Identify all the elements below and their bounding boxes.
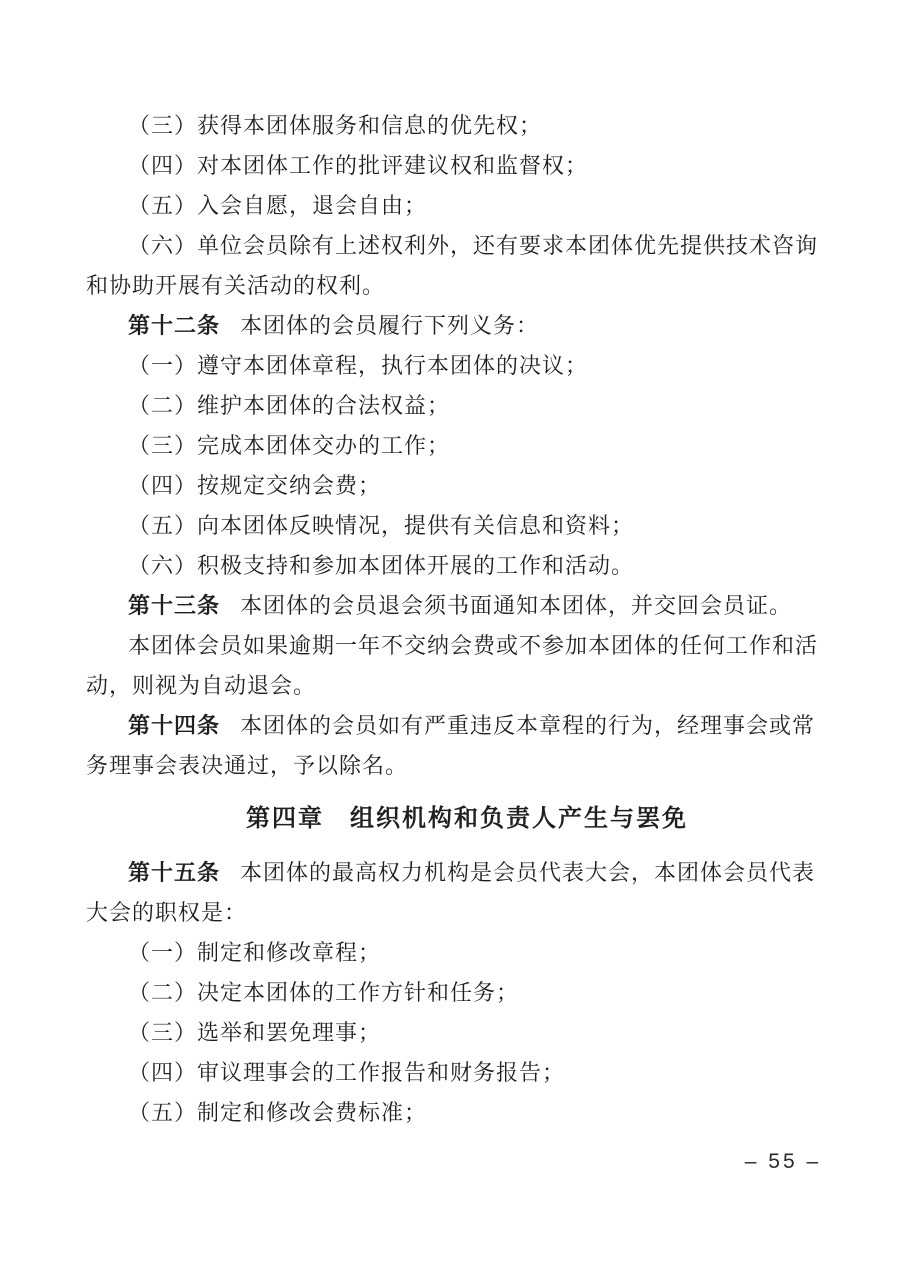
paragraph-line: 和协助开展有关活动的权利。 <box>86 266 848 306</box>
clause-item: （一）制定和修改章程； <box>86 933 848 973</box>
paragraph-text: 大会的职权是： <box>86 900 247 925</box>
clause-text: （五）制定和修改会费标准； <box>128 1100 427 1125</box>
clause-item: （五）制定和修改会费标准； <box>86 1093 848 1133</box>
document-body: （三）获得本团体服务和信息的优先权； （四）对本团体工作的批评建议权和监督权； … <box>86 106 848 1133</box>
paragraph-text: 动，则视为自动退会。 <box>86 673 316 698</box>
article-number: 第十二条 <box>128 313 220 338</box>
paragraph-text: 务理事会表决通过，予以除名。 <box>86 753 408 778</box>
article-number: 第十三条 <box>128 593 220 618</box>
article-text: 本团体的会员退会须书面通知本团体，并交回会员证。 <box>240 593 792 618</box>
article-number: 第十五条 <box>128 860 220 885</box>
clause-item: （一）遵守本团体章程，执行本团体的决议； <box>86 346 848 386</box>
clause-item: （五）入会自愿，退会自由； <box>86 186 848 226</box>
clause-item: （三）完成本团体交办的工作； <box>86 426 848 466</box>
clause-text: （四）审议理事会的工作报告和财务报告； <box>128 1060 565 1085</box>
article-text: 本团体的会员履行下列义务： <box>240 313 539 338</box>
clause-text: （四）对本团体工作的批评建议权和监督权； <box>128 153 588 178</box>
clause-text: （一）遵守本团体章程，执行本团体的决议； <box>128 353 588 378</box>
article-text: 本团体的最高权力机构是会员代表大会，本团体会员代表 <box>240 860 815 885</box>
clause-item: （五）向本团体反映情况，提供有关信息和资料； <box>86 506 848 546</box>
clause-text: （六）单位会员除有上述权利外，还有要求本团体优先提供技术咨询 <box>128 233 818 258</box>
clause-text: （五）入会自愿，退会自由； <box>128 193 427 218</box>
clause-item: （四）对本团体工作的批评建议权和监督权； <box>86 146 848 186</box>
clause-item: （四）按规定交纳会费； <box>86 466 848 506</box>
article-paragraph: 第十二条本团体的会员履行下列义务： <box>86 306 848 346</box>
paragraph-text: 和协助开展有关活动的权利。 <box>86 273 385 298</box>
clause-item: （二）决定本团体的工作方针和任务； <box>86 973 848 1013</box>
page-number: – 55 – <box>738 1150 828 1174</box>
clause-text: （三）完成本团体交办的工作； <box>128 433 450 458</box>
clause-item: （四）审议理事会的工作报告和财务报告； <box>86 1053 848 1093</box>
document-page: （三）获得本团体服务和信息的优先权； （四）对本团体工作的批评建议权和监督权； … <box>0 0 900 1273</box>
clause-item: （二）维护本团体的合法权益； <box>86 386 848 426</box>
clause-text: （一）制定和修改章程； <box>128 940 381 965</box>
paragraph-line: 动，则视为自动退会。 <box>86 666 848 706</box>
article-paragraph: 第十三条本团体的会员退会须书面通知本团体，并交回会员证。 <box>86 586 848 626</box>
article-paragraph: 第十四条本团体的会员如有严重违反本章程的行为，经理事会或常 <box>86 706 848 746</box>
clause-text: （四）按规定交纳会费； <box>128 473 381 498</box>
clause-item: （三）选举和罢免理事； <box>86 1013 848 1053</box>
clause-text: （三）选举和罢免理事； <box>128 1020 381 1045</box>
clause-text: （二）维护本团体的合法权益； <box>128 393 450 418</box>
paragraph-line: 务理事会表决通过，予以除名。 <box>86 746 848 786</box>
article-text: 本团体的会员如有严重违反本章程的行为，经理事会或常 <box>240 713 815 738</box>
article-paragraph: 第十五条本团体的最高权力机构是会员代表大会，本团体会员代表 <box>86 853 848 893</box>
chapter-heading: 第四章 组织机构和负责人产生与罢免 <box>86 798 848 840</box>
clause-text: （二）决定本团体的工作方针和任务； <box>128 980 519 1005</box>
article-number: 第十四条 <box>128 713 220 738</box>
clause-text: （六）积极支持和参加本团体开展的工作和活动。 <box>128 553 634 578</box>
paragraph-text: 本团体会员如果逾期一年不交纳会费或不参加本团体的任何工作和活 <box>128 633 818 658</box>
clause-item: （三）获得本团体服务和信息的优先权； <box>86 106 848 146</box>
paragraph-line: 本团体会员如果逾期一年不交纳会费或不参加本团体的任何工作和活 <box>86 626 848 666</box>
clause-item: （六）积极支持和参加本团体开展的工作和活动。 <box>86 546 848 586</box>
paragraph-line: 大会的职权是： <box>86 893 848 933</box>
clause-text: （五）向本团体反映情况，提供有关信息和资料； <box>128 513 634 538</box>
clause-text: （三）获得本团体服务和信息的优先权； <box>128 113 542 138</box>
clause-item: （六）单位会员除有上述权利外，还有要求本团体优先提供技术咨询 <box>86 226 848 266</box>
